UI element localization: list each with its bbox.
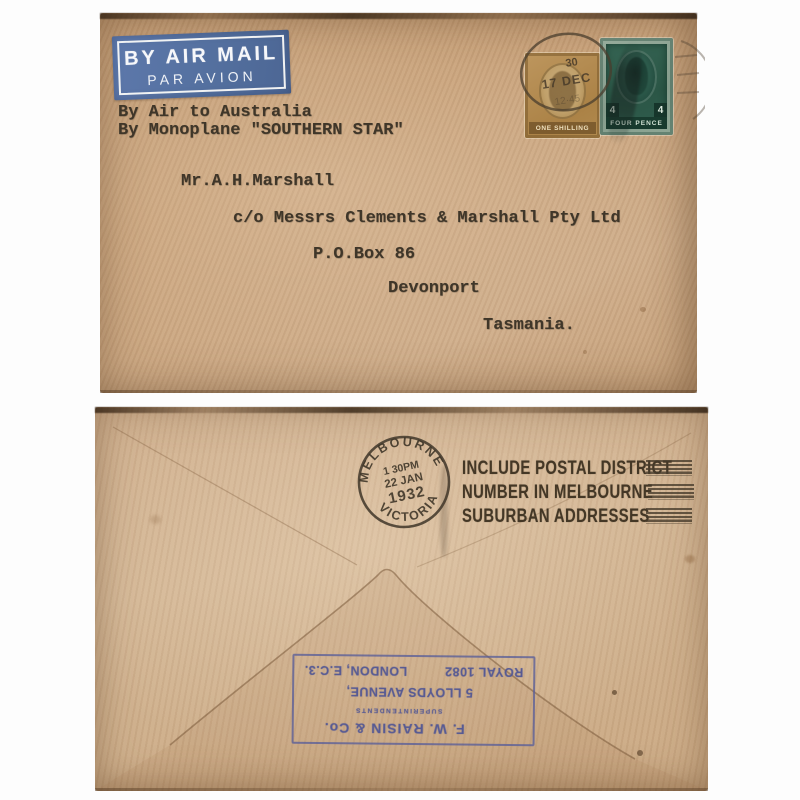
address-line-pobox: P.O.Box 86	[313, 246, 415, 264]
airmail-label-text: BY AIR MAIL	[124, 42, 279, 71]
address-line-company: c/o Messrs Clements & Marshall Pty Ltd	[233, 210, 621, 228]
company-role: SUPERINTENDENTS	[304, 706, 523, 715]
killer-bars	[646, 460, 692, 476]
envelope-front-photo: BY AIR MAIL PAR AVION By Air to Australi…	[100, 13, 697, 393]
slogan-cancel-line1: INCLUDE POSTAL DISTRICT	[462, 458, 672, 480]
flap-crease-left	[113, 427, 357, 565]
stain	[583, 350, 587, 354]
address-line-state: Tasmania.	[483, 317, 575, 335]
ink-smear	[440, 465, 448, 557]
par-avion-text: PAR AVION	[147, 67, 257, 87]
envelope-back-photo: MELBOURNE VICTORIA 1 30PM 22 JAN 1932 IN…	[95, 407, 708, 791]
postmark-date: 17 DEC	[541, 70, 592, 92]
stain	[640, 307, 646, 312]
company-name: F. W. RAISIN & Co.	[304, 720, 523, 738]
address-line-name: Mr.A.H.Marshall	[181, 173, 334, 191]
slogan-cancel-line3: SUBURBAN ADDRESSES	[462, 506, 650, 528]
killer-bars	[646, 508, 692, 524]
stain	[685, 555, 695, 563]
stain	[637, 750, 643, 756]
melbourne-arrival-cds: MELBOURNE VICTORIA 1 30PM 22 JAN 1932	[339, 417, 469, 547]
killer-bars	[648, 484, 694, 500]
company-handstamp-box: F. W. RAISIN & Co. SUPERINTENDENTS 5 LLO…	[292, 654, 536, 747]
stain	[150, 515, 161, 524]
postmark-faint-line: 12·45	[554, 93, 581, 108]
company-phone: ROYAL 1082	[445, 664, 524, 679]
partial-second-strike	[681, 41, 705, 119]
company-street: 5 LLOYDS AVENUE,	[304, 684, 523, 700]
company-city: LONDON, E.C.3.	[304, 663, 407, 678]
address-line-town: Devonport	[388, 280, 480, 298]
airmail-label: BY AIR MAIL PAR AVION	[112, 30, 291, 101]
slogan-cancel-line2: NUMBER IN MELBOURNE	[462, 482, 653, 504]
route-annotation-line1: By Air to Australia	[118, 104, 312, 122]
route-annotation-line2: By Monoplane "SOUTHERN STAR"	[118, 122, 404, 140]
stain	[612, 690, 617, 695]
postmark-time: 30	[565, 56, 579, 70]
london-departure-postmark: 30 17 DEC 12·45	[505, 23, 705, 141]
airmail-label-frame: BY AIR MAIL PAR AVION	[117, 35, 286, 95]
auction-photo-page: BY AIR MAIL PAR AVION By Air to Australi…	[0, 0, 800, 800]
